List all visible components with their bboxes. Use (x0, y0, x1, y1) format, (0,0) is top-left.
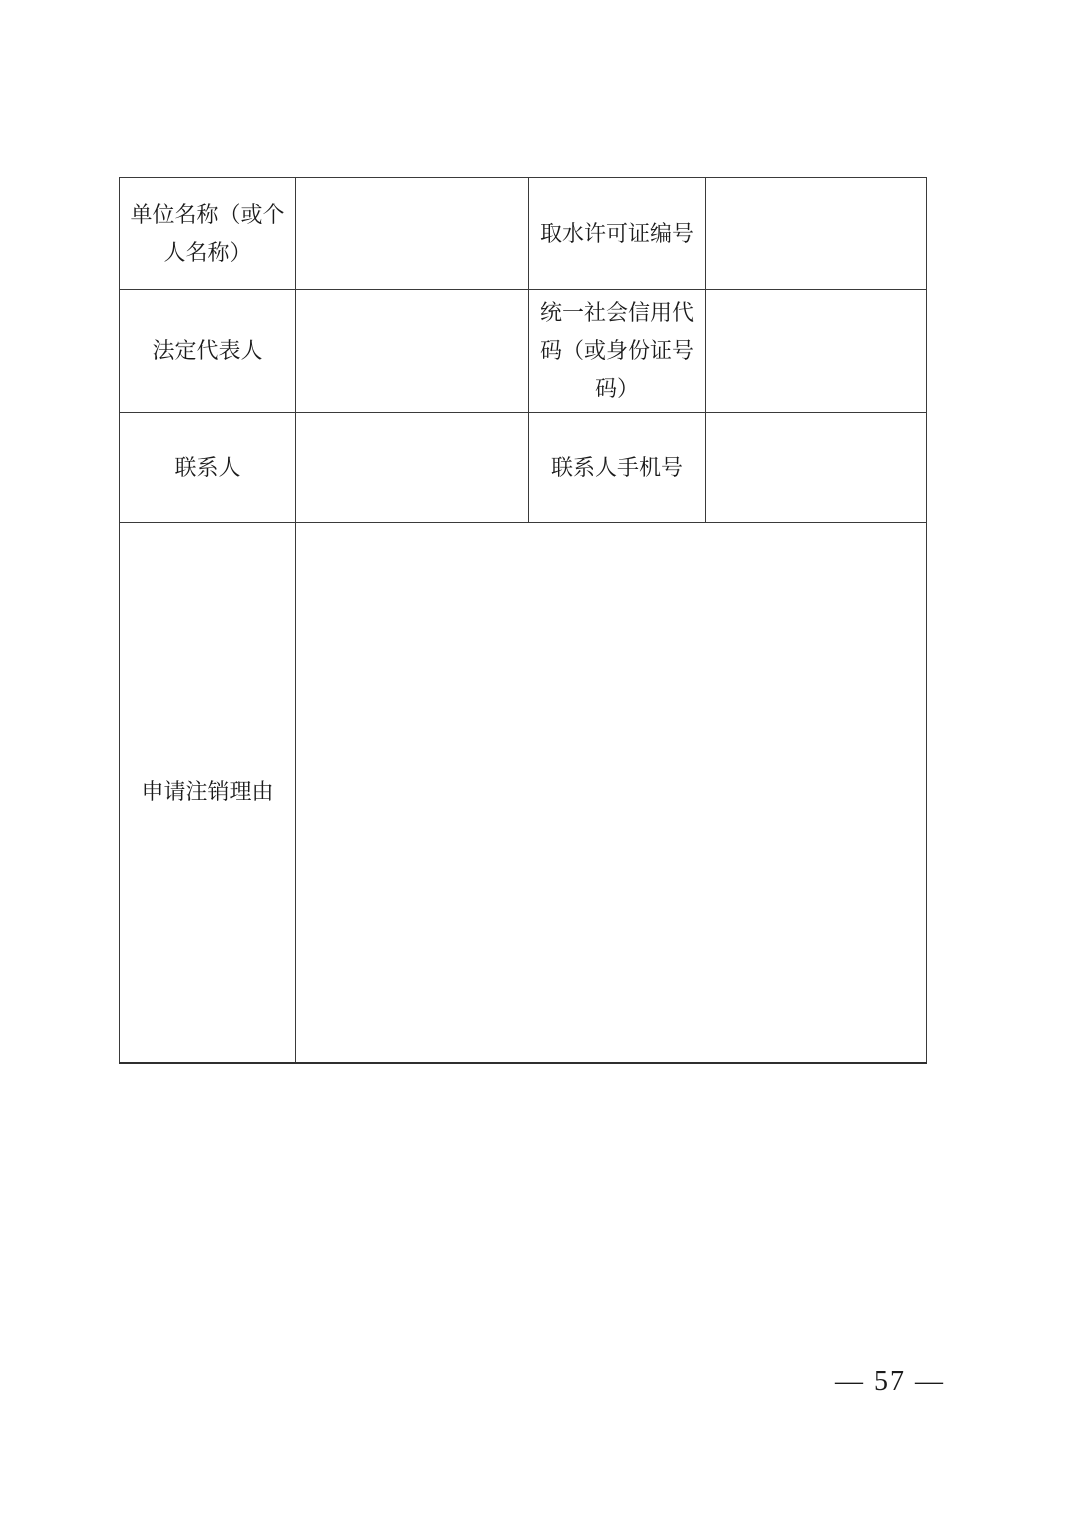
credit-code-label-cell: 统一社会信用代 码（或身份证号 码） (529, 290, 706, 413)
legal-representative-value-cell (296, 290, 529, 413)
page-number: — 57 — (790, 1366, 990, 1398)
table-row-cancellation-reason: 申请注销理由 (120, 523, 927, 1063)
water-permit-number-value-cell (706, 178, 927, 290)
permit-cancellation-form-table: 单位名称（或个 人名称） 取水许可证编号 法定代表人 统一社会信用代 码（或身份… (119, 177, 927, 1064)
table-row-legal-representative: 法定代表人 统一社会信用代 码（或身份证号 码） (120, 290, 927, 413)
contact-phone-label-cell: 联系人手机号 (529, 413, 706, 523)
credit-code-value-cell (706, 290, 927, 413)
legal-representative-label-cell: 法定代表人 (120, 290, 296, 413)
cancellation-reason-label-cell: 申请注销理由 (120, 523, 296, 1063)
table-row-contact-person: 联系人 联系人手机号 (120, 413, 927, 523)
unit-name-label-cell: 单位名称（或个 人名称） (120, 178, 296, 290)
water-permit-number-label-cell: 取水许可证编号 (529, 178, 706, 290)
contact-person-label-cell: 联系人 (120, 413, 296, 523)
cancellation-reason-value-cell (296, 523, 927, 1063)
table-row-unit-name: 单位名称（或个 人名称） 取水许可证编号 (120, 178, 927, 290)
unit-name-value-cell (296, 178, 529, 290)
contact-phone-value-cell (706, 413, 927, 523)
document-page: 单位名称（或个 人名称） 取水许可证编号 法定代表人 统一社会信用代 码（或身份… (0, 0, 1074, 1520)
contact-person-value-cell (296, 413, 529, 523)
